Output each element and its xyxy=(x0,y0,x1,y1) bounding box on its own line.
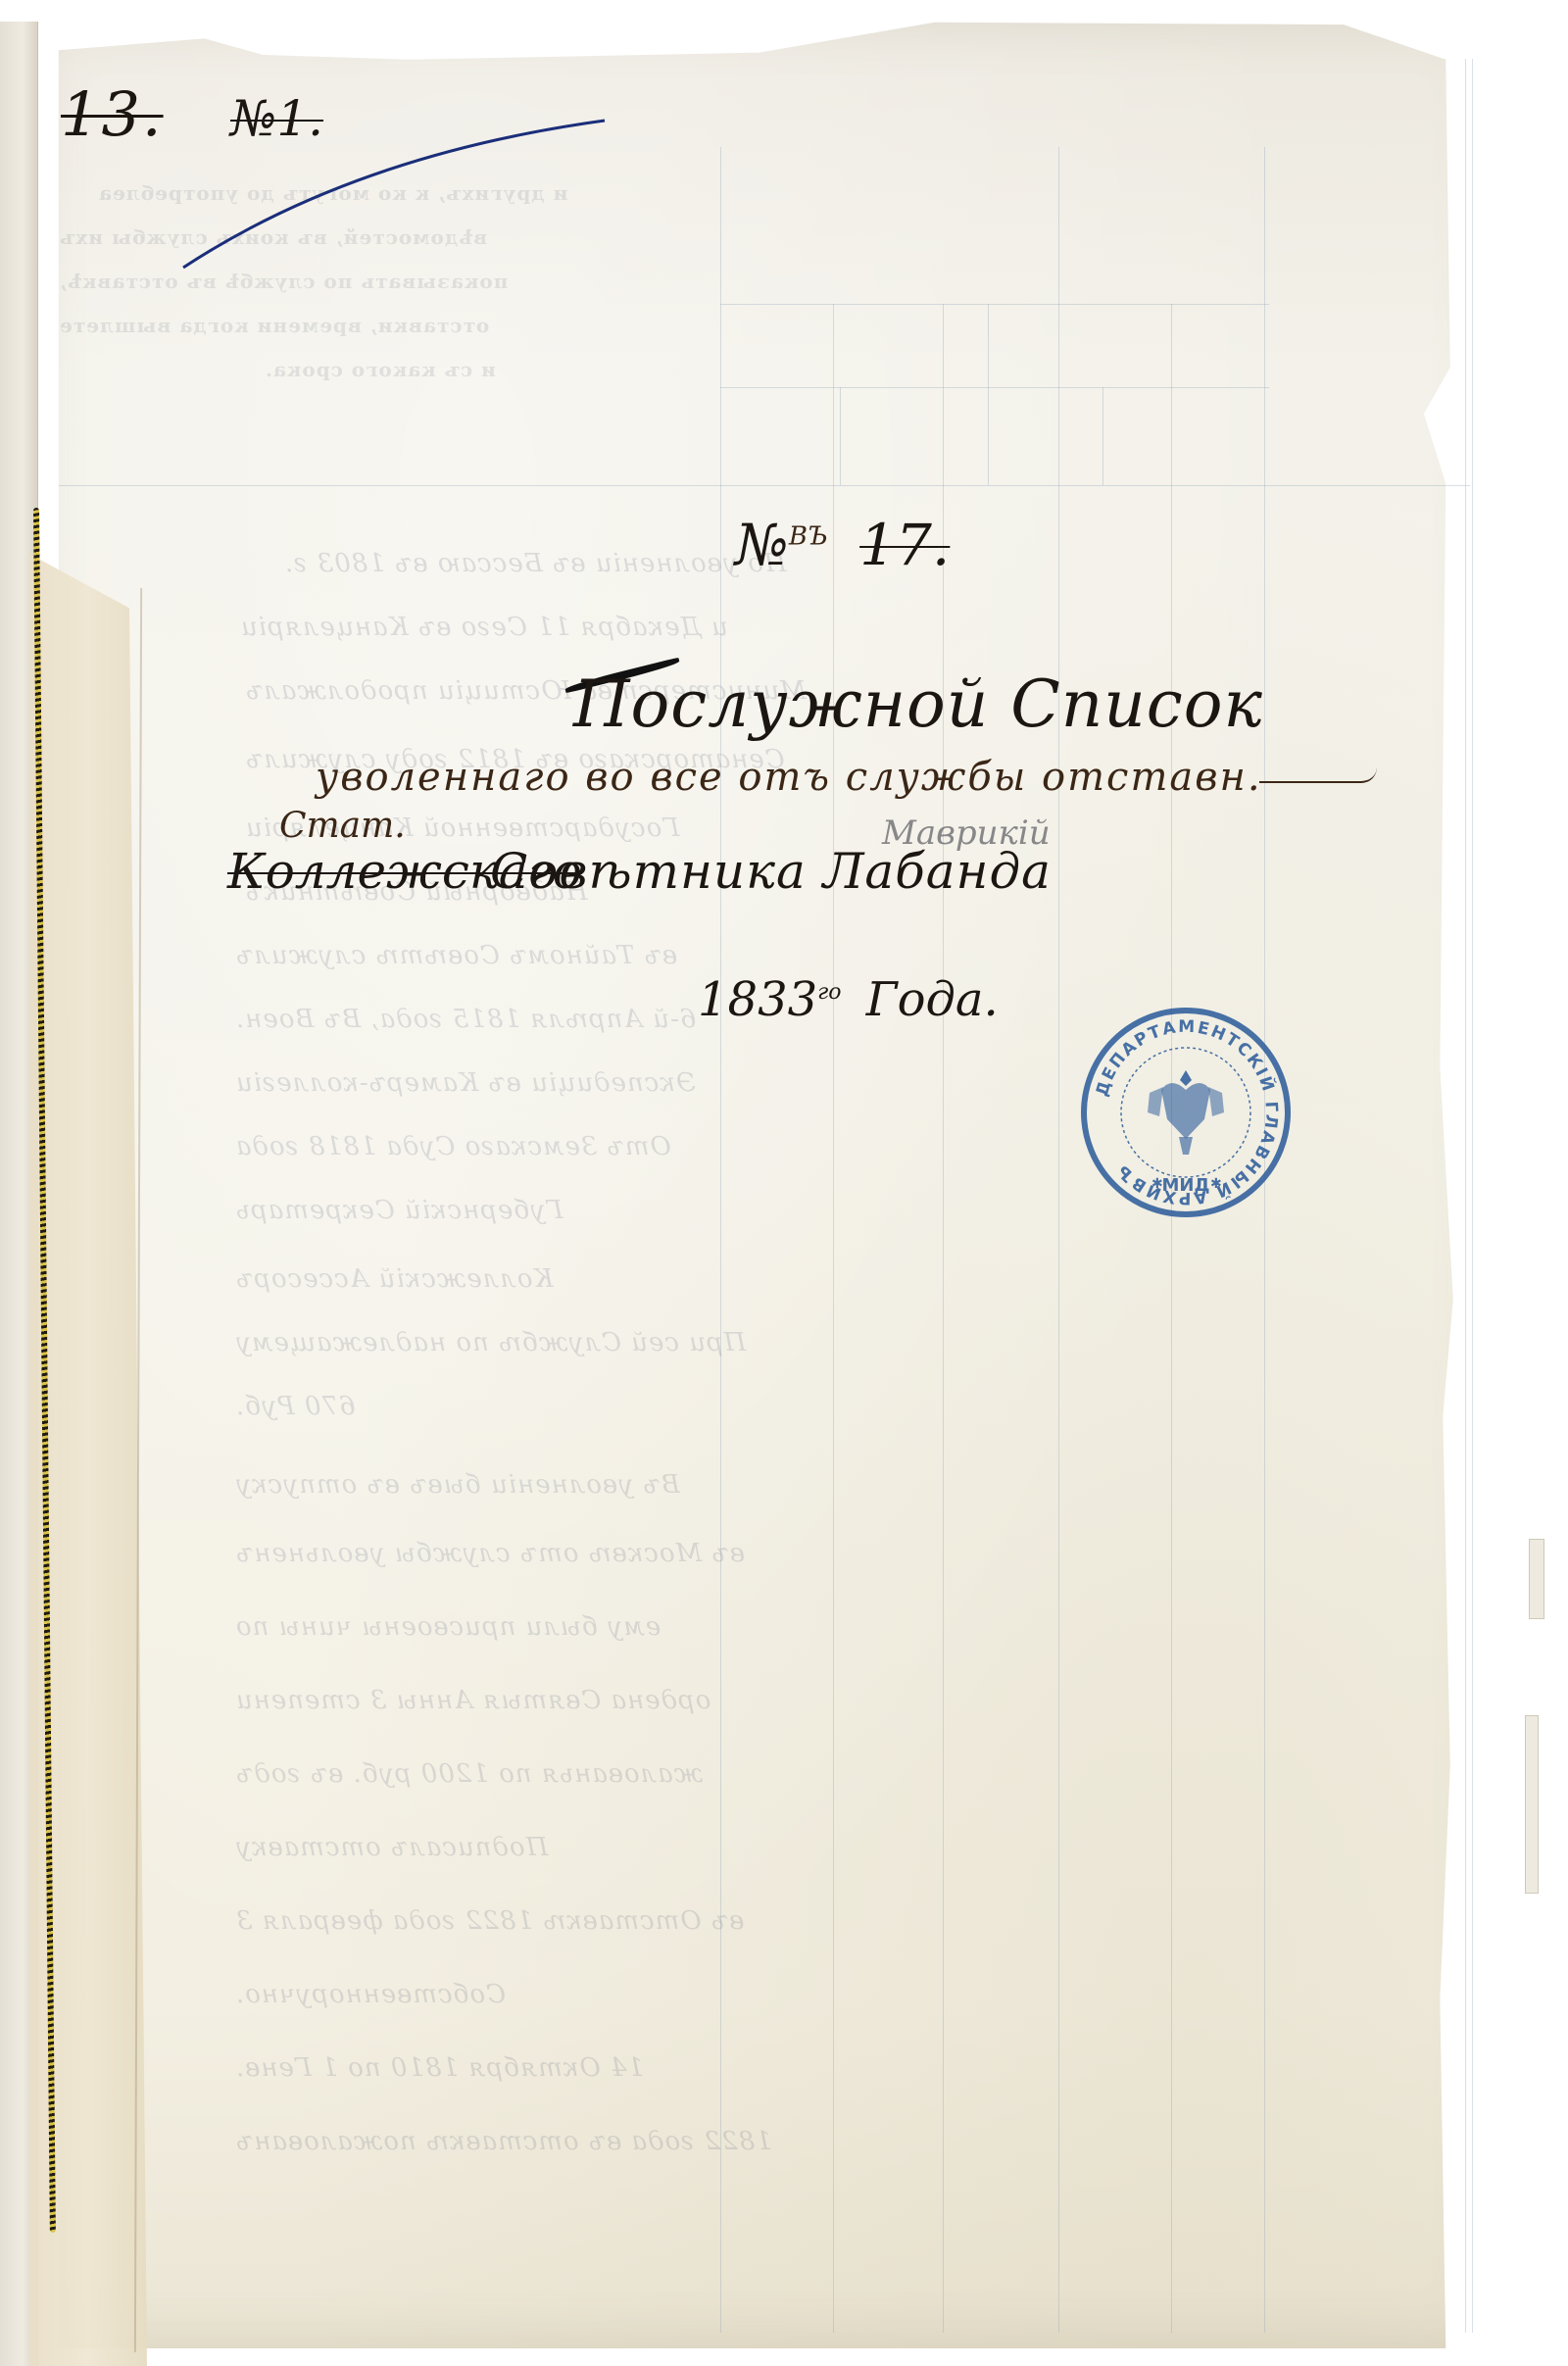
torn-edge-tab xyxy=(1529,1539,1544,1619)
ghost-text: 6-й Апрѣля 1815 года, Въ Воен. xyxy=(235,1005,696,1034)
ghost-text: и съ какого срока. xyxy=(265,358,496,381)
ghost-text: ордена Святыя Анны 3 степени xyxy=(235,1686,710,1715)
double-headed-eagle-icon xyxy=(1148,1070,1224,1155)
record-number-struck: 17. xyxy=(859,512,950,578)
blue-pen-stroke xyxy=(178,116,610,272)
ghost-text: отставки, времени когда вышлете xyxy=(59,314,489,337)
ghost-text: Экспедиціи въ Камеръ-коллегіи xyxy=(235,1068,696,1098)
ghost-text: Подписалъ отставку xyxy=(235,1833,548,1862)
torn-edge-tab xyxy=(1525,1715,1539,1894)
seal-bottom-text: МИД xyxy=(1161,1175,1209,1196)
ghost-text: Отъ Земскаго Суда 1818 года xyxy=(235,1132,671,1161)
ghost-text: Коллежскій Ассесоръ xyxy=(235,1264,554,1294)
archive-number-text: 13. xyxy=(61,78,164,150)
svg-text:✱: ✱ xyxy=(1151,1176,1163,1192)
record-number-sup: ВЪ xyxy=(789,522,828,552)
ghost-text: При сей Службѣ по надлежащему xyxy=(235,1328,746,1357)
ghost-text: Губернскій Секретарь xyxy=(235,1196,563,1225)
year-word: Года. xyxy=(866,972,999,1027)
year-suffix: го xyxy=(817,980,841,1005)
rank-correction: Стат. xyxy=(279,806,406,846)
ghost-text: въ Тайномъ Совѣтѣ служилъ xyxy=(235,941,677,970)
ghost-text: Въ уволненіи бывъ въ отпуску xyxy=(235,1470,680,1500)
svg-text:✱: ✱ xyxy=(1210,1176,1222,1192)
pencil-first-name: Маврикій xyxy=(882,813,1051,853)
ghost-text: Собственноручно. xyxy=(235,1980,506,2009)
record-number: №ВЪ 17. xyxy=(735,512,950,578)
document-title: Послужной Список xyxy=(573,666,1263,742)
ghost-text: 1822 года въ отставкѣ пожалованъ xyxy=(235,2127,772,2156)
year-number: 1833 xyxy=(698,972,817,1027)
archive-seal-stamp: ДЕПАРТАМЕНТСКІЙ ГЛАВНЫЙ АРХИВЪ МИД ✱ ✱ xyxy=(1073,1000,1298,1225)
document-subtitle: уволеннаго во все отъ службы отставн. xyxy=(316,755,1262,800)
ghost-text: По уволненіи въ Бессаю въ 1803 г. xyxy=(284,549,787,578)
ghost-text: въ Москвѣ отъ службы увольненъ xyxy=(235,1539,745,1568)
number-sign: № xyxy=(735,512,789,578)
ghost-text: показывать по службѣ въ отставкѣ, xyxy=(59,270,508,293)
archive-number: 13. xyxy=(61,78,164,150)
ghost-text: 670 Руб. xyxy=(235,1392,356,1421)
ghost-text: въ Отставкѣ 1822 года февраля 3 xyxy=(235,1906,744,1936)
ghost-text: и Декабря 11 Сего въ Канцеляріи xyxy=(240,613,728,642)
year-line: 1833го Года. xyxy=(698,972,999,1027)
ghost-text: 14 Октября 1810 по 1 Генв. xyxy=(235,2053,644,2083)
subtitle-flourish xyxy=(1259,767,1377,783)
ghost-text: жалованья по 1200 руб. въ годъ xyxy=(235,1759,703,1789)
ghost-text: ему были присвоены чины по xyxy=(235,1612,661,1642)
